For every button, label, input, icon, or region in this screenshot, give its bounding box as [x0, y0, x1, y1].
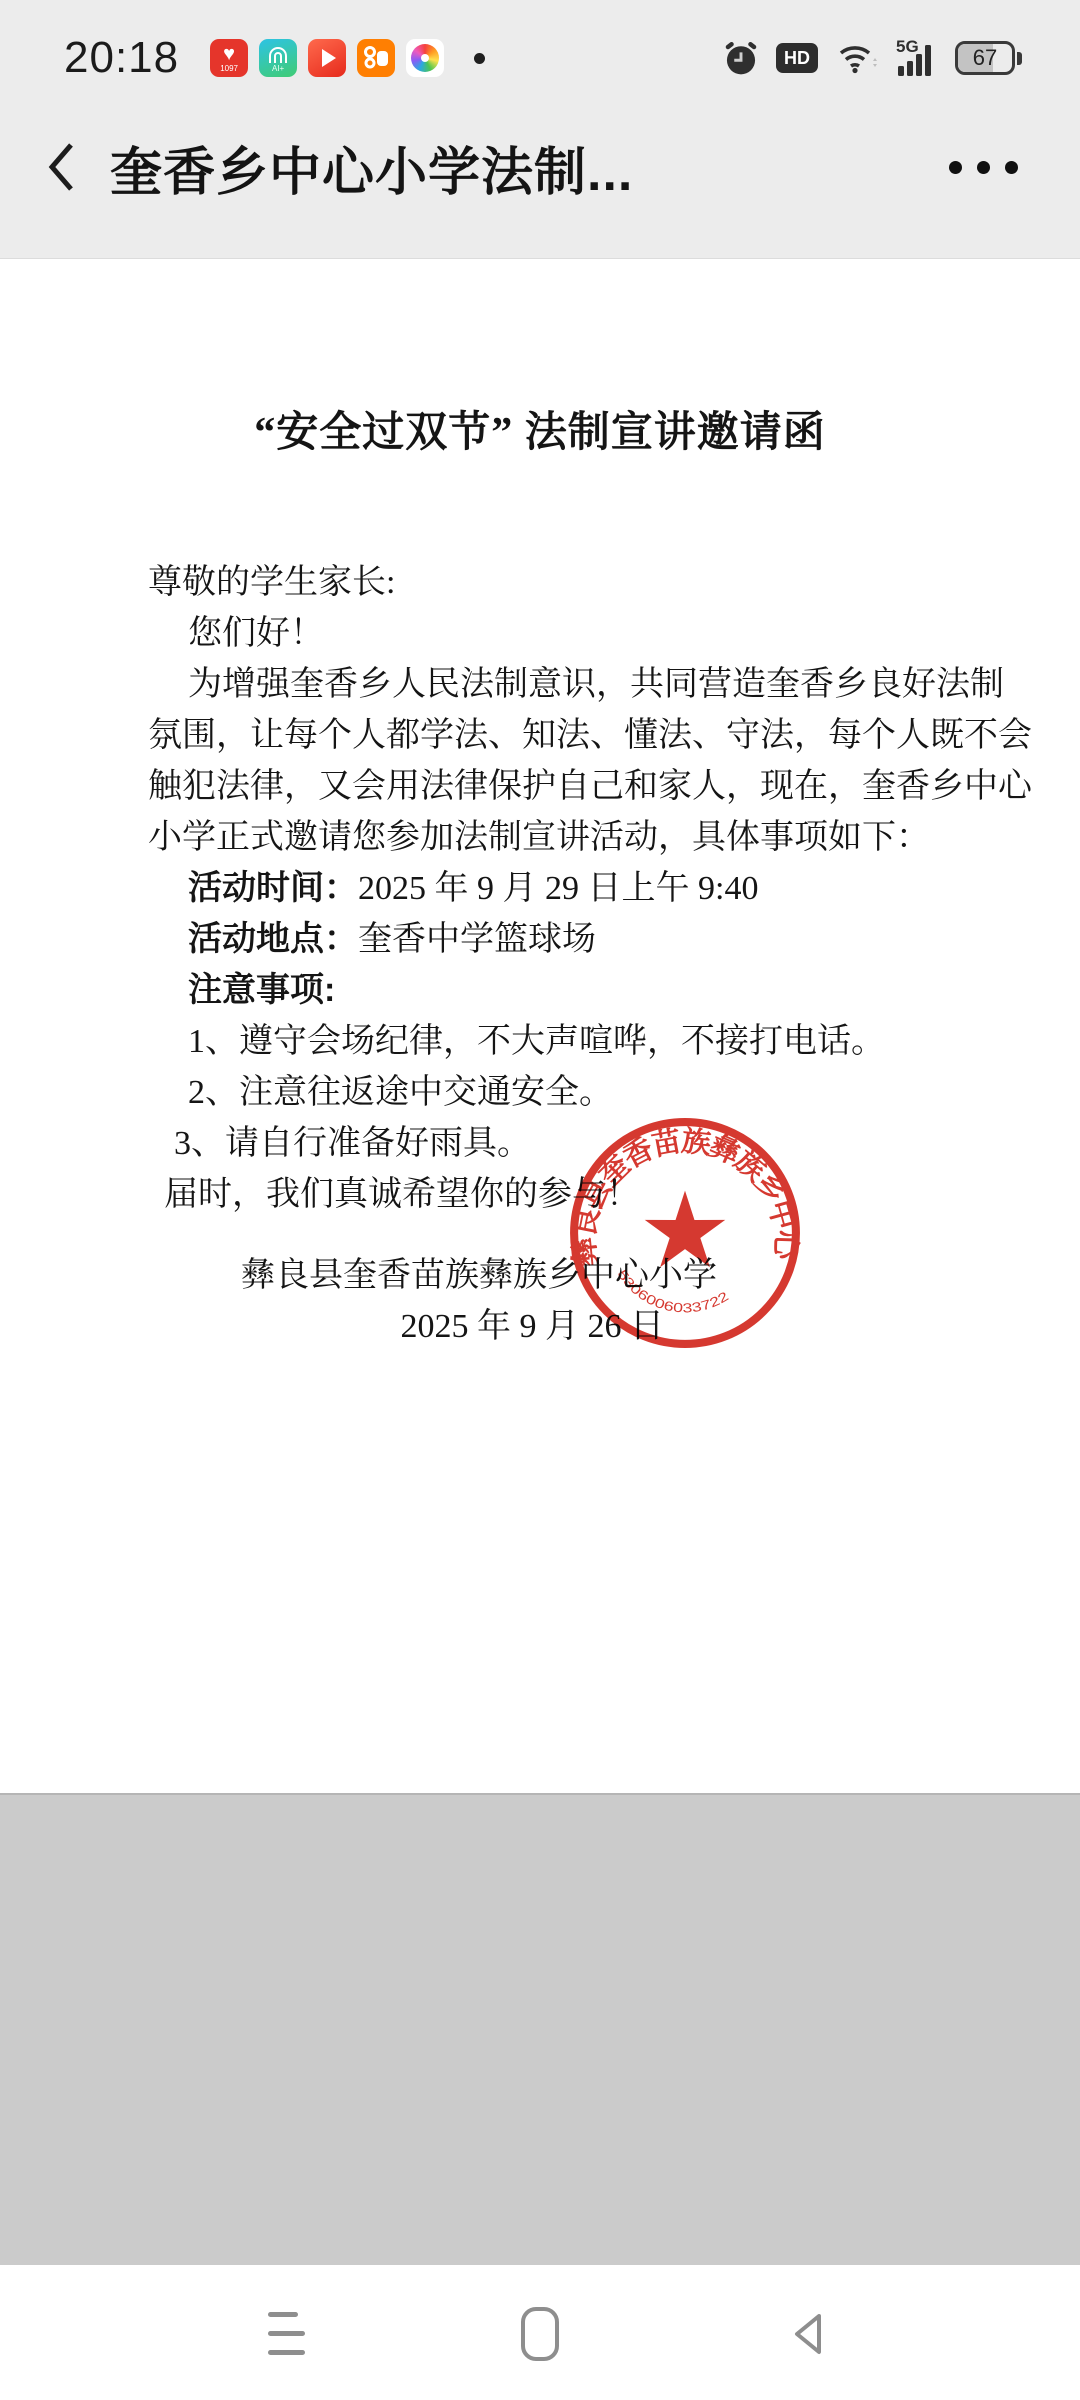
system-nav-bar	[0, 2265, 1080, 2400]
back-chevron-icon	[45, 141, 79, 193]
paragraph-line: 触犯法律，又会用法律保护自己和家人，现在，奎香乡中心	[148, 761, 952, 812]
event-time-label: 活动时间：	[188, 869, 358, 907]
battery-percent: 67	[973, 45, 997, 71]
event-place-value: 奎香中学篮球场	[358, 921, 596, 958]
signal-5g-icon: 5G	[896, 38, 938, 78]
heart-glyph: ♥	[223, 44, 235, 64]
hd-badge: HD	[776, 43, 818, 73]
document-body: 尊敬的学生家长: 您们好！ 为增强奎香乡人民法制意识，共同营造奎香乡良好法制 氛…	[0, 557, 1080, 1352]
event-time-value: 2025 年 9 月 29 日上午 9:40	[358, 870, 758, 907]
more-dot	[1005, 161, 1018, 174]
battery-indicator: 67	[955, 41, 1022, 75]
back-button[interactable]	[40, 139, 84, 195]
event-time-line: 活动时间：2025 年 9 月 29 日上午 9:40	[148, 863, 952, 914]
title-bar: 奎香乡中心小学法制...	[0, 90, 1080, 258]
video-app-notification-icon	[308, 39, 346, 77]
alarm-icon	[723, 40, 759, 76]
signature: 彝良县奎香苗族彝族乡中心小学	[148, 1250, 952, 1301]
kuaishou-notification-icon	[357, 39, 395, 77]
nav-back-icon	[788, 2311, 826, 2357]
recents-button[interactable]	[268, 2312, 305, 2369]
note-item: 2、注意往返途中交通安全。	[148, 1067, 952, 1118]
paragraph-line: 氛围，让每个人都学法、知法、懂法、守法，每个人既不会	[148, 710, 952, 761]
note-item: 1、遵守会场纪律，不大声喧哗，不接打电话。	[148, 1016, 952, 1067]
notification-overflow-dot	[474, 53, 485, 64]
play-glyph	[308, 39, 346, 77]
document-end-area	[0, 1793, 1080, 2265]
flower-glyph	[411, 44, 439, 72]
greeting: 您们好！	[148, 608, 952, 659]
notes-heading: 注意事项:	[148, 965, 952, 1016]
paragraph-line: 小学正式邀请您参加法制宣讲活动，具体事项如下：	[148, 812, 952, 863]
more-dot	[949, 161, 962, 174]
nav-back-button[interactable]	[788, 2311, 826, 2357]
more-dot	[977, 161, 990, 174]
document-date: 2025 年 9 月 26 日	[148, 1301, 952, 1352]
clock-time: 20:18	[64, 33, 179, 83]
note-item: 3、请自行准备好雨具。	[148, 1118, 952, 1169]
heart-notification-icon: ♥ 1097	[210, 39, 248, 77]
home-button[interactable]	[521, 2307, 559, 2361]
network-type-label: 5G	[896, 38, 919, 56]
paragraph-line: 为增强奎香乡人民法制意识，共同营造奎香乡良好法制	[148, 659, 952, 710]
fingerprint-label: AI+	[272, 64, 284, 73]
fingerprint-notification-icon: AI+	[259, 39, 297, 77]
more-menu-button[interactable]	[934, 161, 1018, 174]
event-place-line: 活动地点：奎香中学篮球场	[148, 914, 952, 965]
salutation: 尊敬的学生家长:	[148, 557, 952, 608]
phone-screen: 20:18 ♥ 1097 AI+	[0, 0, 1080, 2400]
camera-glyph	[357, 39, 395, 77]
battery-body: 67	[955, 41, 1015, 75]
recents-icon	[268, 2312, 298, 2317]
page-title: 奎香乡中心小学法制...	[110, 130, 934, 205]
fingerprint-glyph	[266, 44, 290, 64]
wifi-icon	[835, 41, 879, 75]
status-bar: 20:18 ♥ 1097 AI+	[0, 0, 1080, 90]
heart-badge: 1097	[220, 64, 238, 73]
closing-line: 届时，我们真诚希望你的参与！	[148, 1169, 952, 1220]
document-page[interactable]: “安全过双节” 法制宣讲邀请函 尊敬的学生家长: 您们好！ 为增强奎香乡人民法制…	[0, 258, 1080, 1793]
document-title: “安全过双节” 法制宣讲邀请函	[0, 399, 1080, 459]
event-place-label: 活动地点：	[188, 920, 358, 958]
battery-nub	[1017, 52, 1022, 65]
gallery-notification-icon	[406, 39, 444, 77]
